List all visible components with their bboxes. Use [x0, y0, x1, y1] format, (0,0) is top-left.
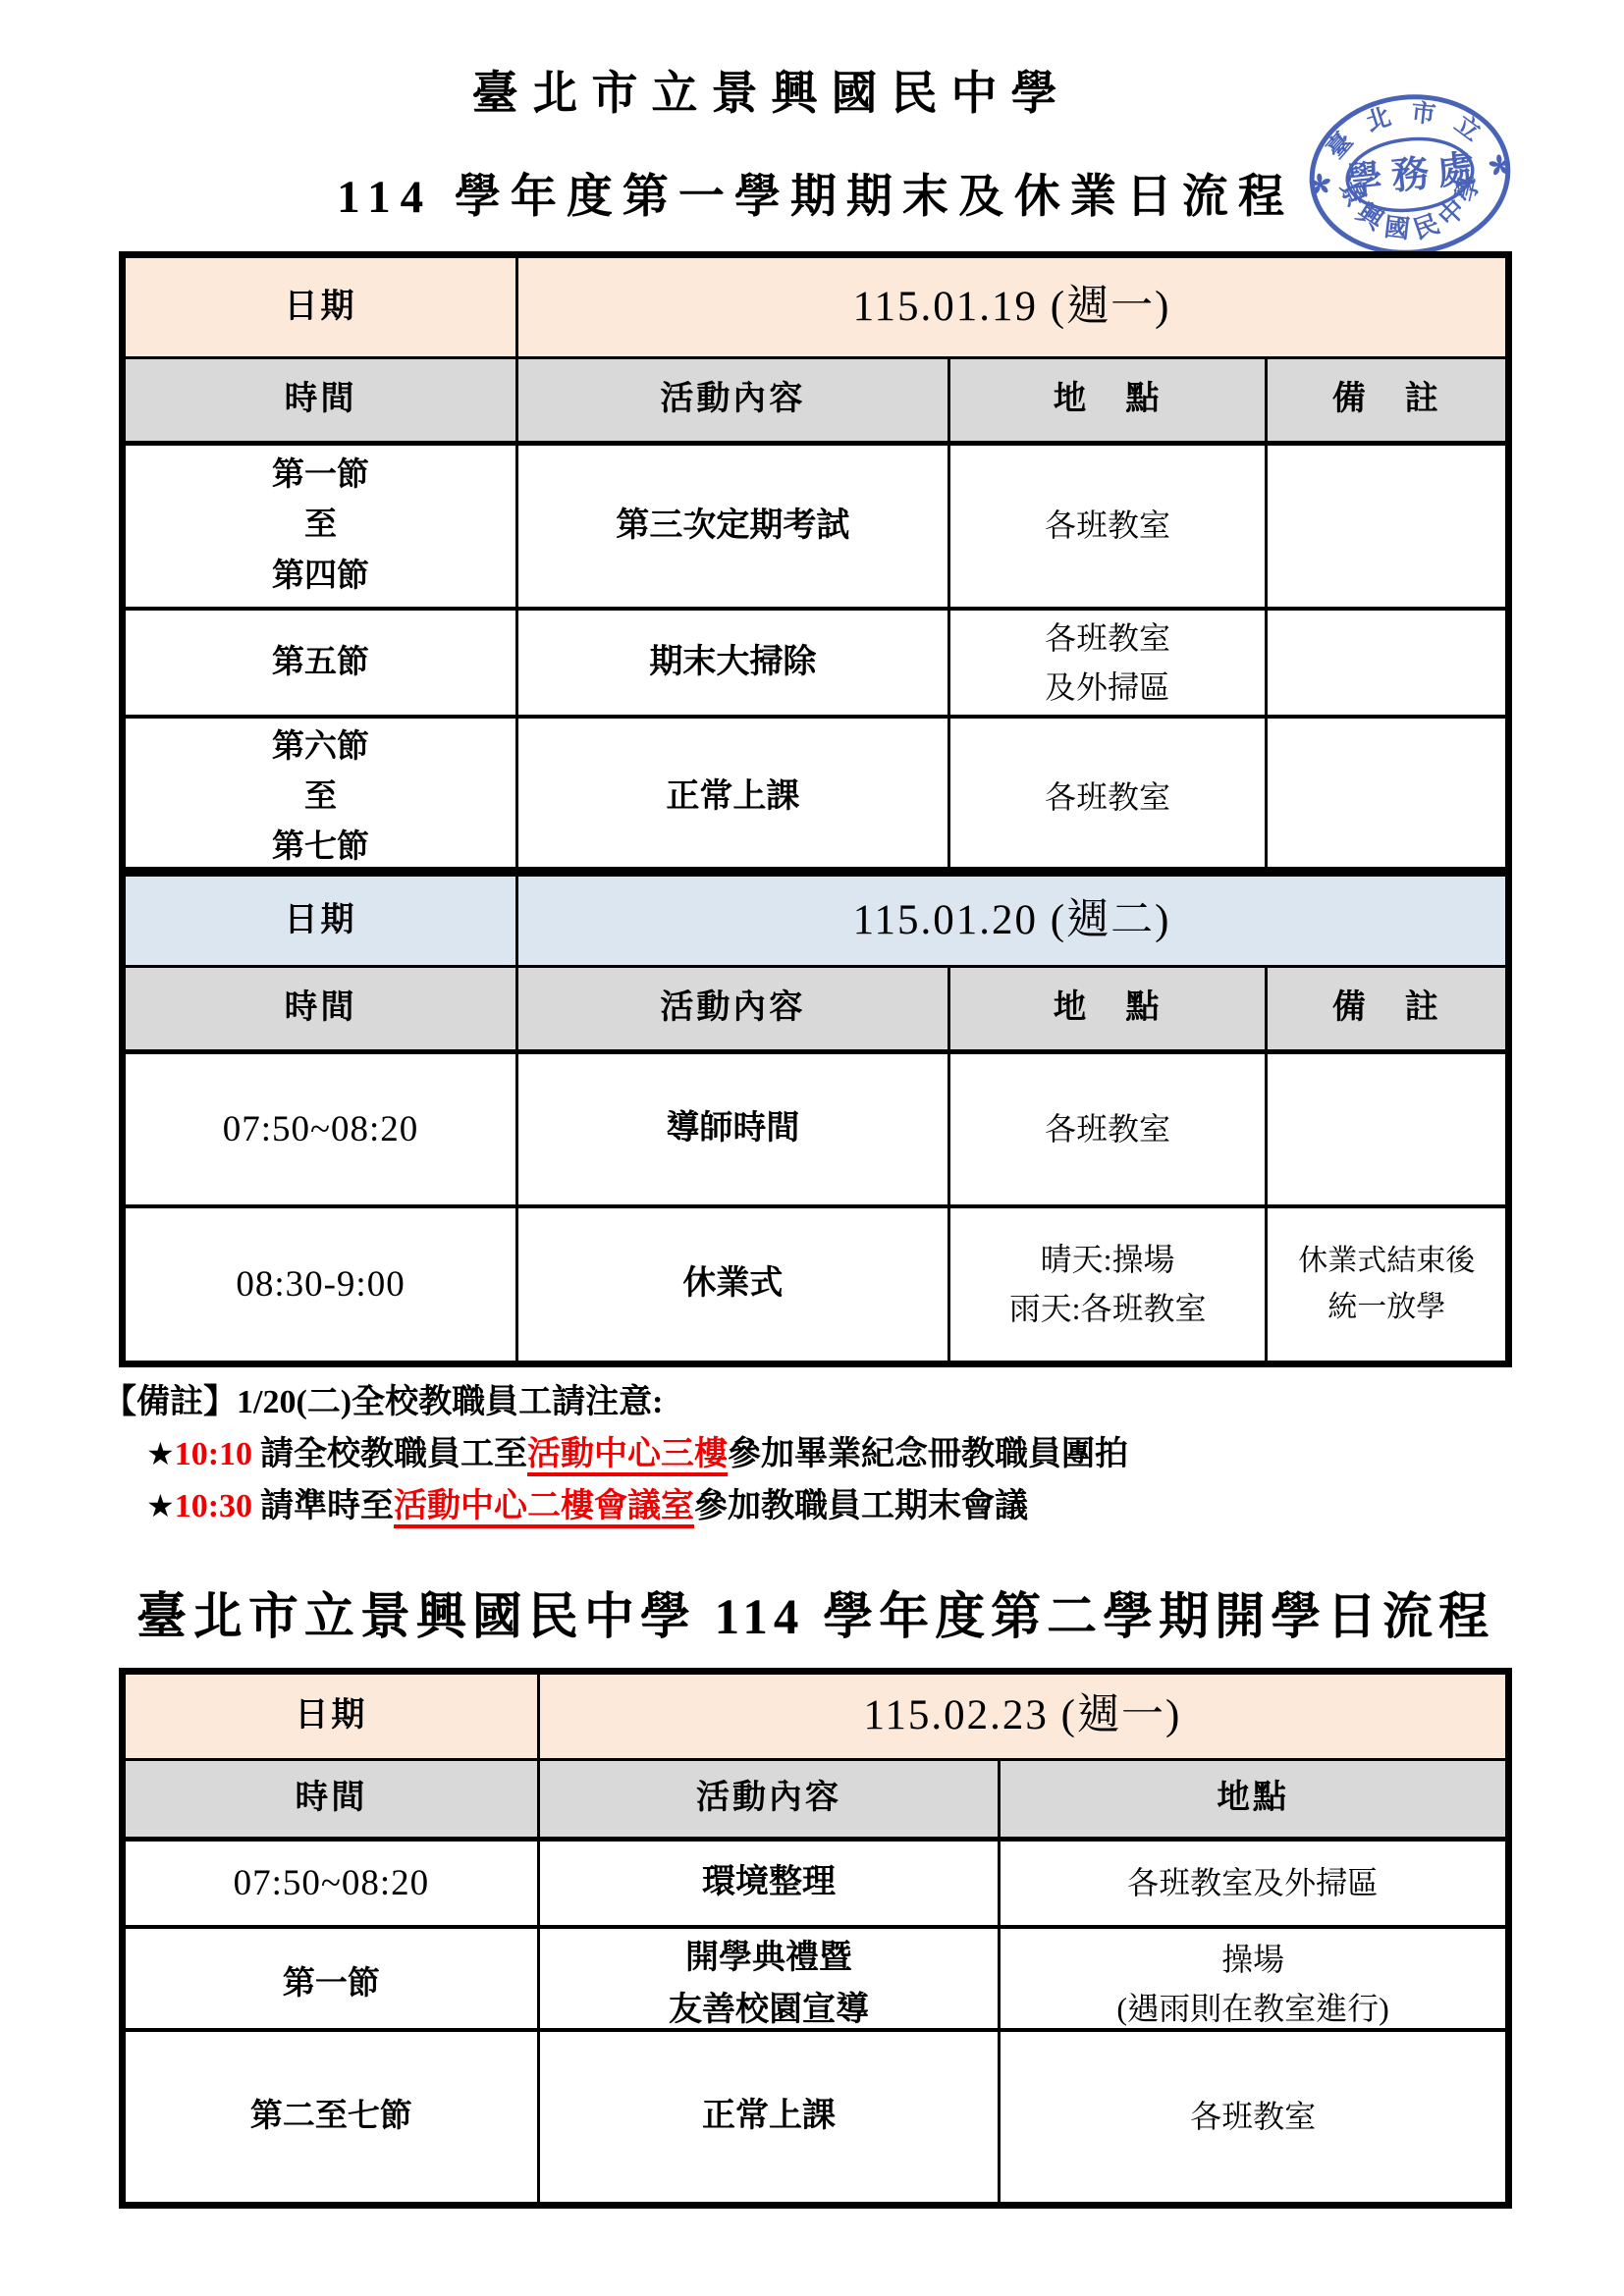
schedule-row: 第五節 期末大掃除 各班教室 及外掃區 — [126, 607, 1505, 715]
location-cell: 各班教室及外掃區 — [998, 1837, 1505, 1925]
time-cell: 07:50~08:20 — [126, 1837, 537, 1925]
col-header-activity: 活動內容 — [515, 356, 947, 441]
time-cell: 第二至七節 — [126, 2028, 537, 2202]
col-header-location: 地 點 — [947, 356, 1266, 441]
schedule-table-opening-day: 日期 115.02.23 (週一) 時間 活動內容 地點 07:50~08:20… — [119, 1668, 1512, 2209]
time-cell: 07:50~08:20 — [126, 1049, 515, 1204]
activity-cell: 導師時間 — [515, 1049, 947, 1204]
schedule-row: 第一節 開學典禮暨 友善校園宣導 操場 (遇雨則在教室進行) — [126, 1925, 1505, 2028]
remark-highlight: 活動中心二樓會議室 — [394, 1488, 694, 1524]
schedule-table-semester-end: 日期 115.01.19 (週一) 時間 活動內容 地 點 備 註 第一節 至 … — [119, 251, 1512, 1367]
schedule-row: 07:50~08:20 導師時間 各班教室 — [126, 1049, 1505, 1204]
remark-text: 請全校教職員工至 — [260, 1436, 527, 1472]
remark-item: ★10:30請準時至活動中心二樓會議室參加教職員工期末會議 — [103, 1480, 1512, 1532]
opening-day-title: 臺北市立景興國民中學 114 學年度第二學期開學日流程 — [119, 1575, 1512, 1648]
location-cell: 各班教室 — [998, 2028, 1505, 2202]
date-label: 日期 — [126, 258, 515, 356]
location-cell: 各班教室 — [947, 1049, 1266, 1204]
location-cell: 各班教室 — [947, 715, 1266, 877]
remark-time: 10:30 — [175, 1488, 252, 1524]
note-cell — [1265, 607, 1505, 716]
col-header-time: 時間 — [126, 1758, 537, 1837]
remark-item: ★10:10請全校教職員工至活動中心三樓參加畢業紀念冊教職員團拍 — [103, 1428, 1512, 1480]
activity-cell: 期末大掃除 — [515, 607, 947, 716]
date-label: 日期 — [126, 867, 515, 965]
location-cell: 操場 (遇雨則在教室進行) — [998, 1925, 1505, 2040]
schedule-row: 第一節 至 第四節 第三次定期考試 各班教室 — [126, 441, 1505, 607]
schedule-row: 07:50~08:20 環境整理 各班教室及外掃區 — [126, 1837, 1505, 1925]
location-cell: 各班教室 及外掃區 — [947, 607, 1266, 716]
remark-time: 10:10 — [175, 1436, 252, 1472]
remark-text: 請準時至 — [260, 1488, 394, 1524]
semester-end-title: 114 學年度第一學期期末及休業日流程 — [119, 160, 1512, 226]
header-row-day1: 時間 活動內容 地 點 備 註 — [126, 356, 1505, 441]
note-cell — [1265, 715, 1505, 877]
date-value: 115.01.20 (週二) — [515, 867, 1505, 965]
date-label: 日期 — [126, 1675, 537, 1758]
location-cell: 各班教室 — [947, 441, 1266, 607]
time-cell: 08:30-9:00 — [126, 1204, 515, 1361]
date-row-opening: 日期 115.02.23 (週一) — [126, 1675, 1505, 1758]
schedule-row: 08:30-9:00 休業式 晴天:操場 雨天:各班教室 休業式結束後 統一放學 — [126, 1204, 1505, 1361]
col-header-location: 地點 — [998, 1758, 1505, 1837]
activity-cell: 第三次定期考試 — [515, 441, 947, 607]
col-header-note: 備 註 — [1265, 965, 1505, 1049]
time-cell: 第一節 至 第四節 — [126, 441, 515, 607]
col-header-location: 地 點 — [947, 965, 1266, 1049]
remarks-heading: 【備註】1/20(二)全校教職員工請注意: — [103, 1377, 1512, 1428]
activity-cell: 環境整理 — [537, 1837, 998, 1925]
date-value: 115.02.23 (週一) — [537, 1675, 1505, 1758]
remark-text: 參加教職員工期末會議 — [694, 1488, 1028, 1524]
remark-text: 參加畢業紀念冊教職員團拍 — [728, 1436, 1128, 1472]
header-row-day2: 時間 活動內容 地 點 備 註 — [126, 965, 1505, 1049]
col-header-note: 備 註 — [1265, 356, 1505, 441]
remarks-section: 【備註】1/20(二)全校教職員工請注意: ★10:10請全校教職員工至活動中心… — [103, 1377, 1512, 1532]
location-cell: 晴天:操場 雨天:各班教室 — [947, 1204, 1266, 1361]
header-row-opening: 時間 活動內容 地點 — [126, 1758, 1505, 1837]
activity-cell: 正常上課 — [515, 715, 947, 877]
date-value: 115.01.19 (週一) — [515, 258, 1505, 356]
remark-highlight: 活動中心三樓 — [527, 1436, 728, 1472]
col-header-activity: 活動內容 — [515, 965, 947, 1049]
date-row-day2: 日期 115.01.20 (週二) — [126, 867, 1505, 965]
activity-cell: 休業式 — [515, 1204, 947, 1361]
schedule-row: 第六節 至 第七節 正常上課 各班教室 — [126, 715, 1505, 867]
date-row-day1: 日期 115.01.19 (週一) — [126, 258, 1505, 356]
time-cell: 第五節 — [126, 607, 515, 716]
star-icon: ★ — [146, 1487, 175, 1524]
star-icon: ★ — [146, 1435, 175, 1472]
col-header-time: 時間 — [126, 356, 515, 441]
activity-cell: 開學典禮暨 友善校園宣導 — [537, 1925, 998, 2040]
schedule-row: 第二至七節 正常上課 各班教室 — [126, 2028, 1505, 2202]
activity-cell: 正常上課 — [537, 2028, 998, 2202]
time-cell: 第一節 — [126, 1925, 537, 2040]
col-header-activity: 活動內容 — [537, 1758, 998, 1837]
document-page: 臺 北 市 立 學 務 處 景興國民中學 臺北市立景興國民中學 114 學年度第… — [0, 0, 1624, 2296]
note-cell: 休業式結束後 統一放學 — [1265, 1204, 1505, 1361]
school-title: 臺北市立景興國民中學 — [119, 57, 1512, 123]
time-cell: 第六節 至 第七節 — [126, 715, 515, 877]
col-header-time: 時間 — [126, 965, 515, 1049]
note-cell — [1265, 1049, 1505, 1204]
note-cell — [1265, 441, 1505, 607]
